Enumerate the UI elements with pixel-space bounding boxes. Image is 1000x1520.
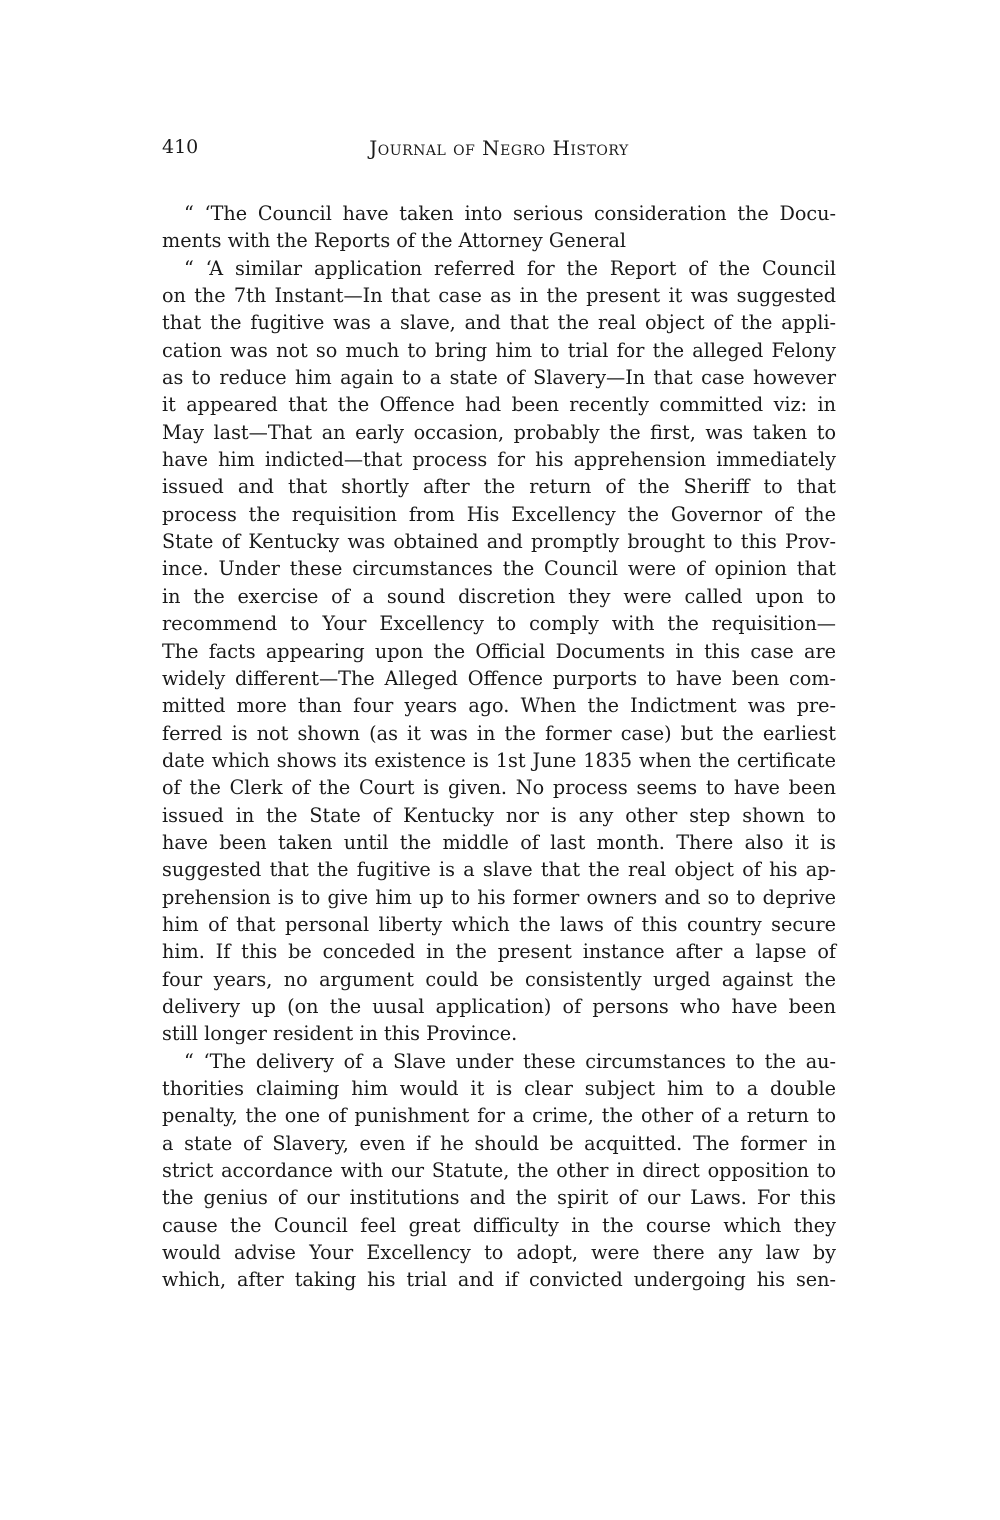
text-line: him of that personal liberty which the l… xyxy=(162,911,836,938)
text-line: which, after taking his trial and if con… xyxy=(162,1266,836,1293)
text-line: “ ‘The Council have taken into serious c… xyxy=(162,200,836,227)
text-line: issued in the State of Kentucky nor is a… xyxy=(162,802,836,829)
text-line: the genius of our institutions and the s… xyxy=(162,1184,836,1211)
text-line: penalty, the one of punishment for a cri… xyxy=(162,1102,836,1129)
journal-title: Journal of Negro History xyxy=(162,136,836,160)
text-line: have him indicted—that process for his a… xyxy=(162,446,836,473)
text-line: cause the Council feel great difficulty … xyxy=(162,1212,836,1239)
text-line: as to reduce him again to a state of Sla… xyxy=(162,364,836,391)
text-line: ince. Under these circumstances the Coun… xyxy=(162,555,836,582)
text-line: suggested that the fugitive is a slave t… xyxy=(162,856,836,883)
text-line: in the exercise of a sound discretion th… xyxy=(162,583,836,610)
document-page: 410 Journal of Negro History “ ‘The Coun… xyxy=(162,132,836,1294)
text-line: “ ‘The delivery of a Slave under these c… xyxy=(162,1048,836,1075)
body-text: “ ‘The Council have taken into serious c… xyxy=(162,200,836,1294)
text-line: it appeared that the Offence had been re… xyxy=(162,391,836,418)
text-line: thorities claiming him would it is clear… xyxy=(162,1075,836,1102)
running-head: 410 Journal of Negro History xyxy=(162,132,836,164)
text-line: that the fugitive was a slave, and that … xyxy=(162,309,836,336)
text-line: May last—That an early occasion, probabl… xyxy=(162,419,836,446)
text-line: widely different—The Alleged Offence pur… xyxy=(162,665,836,692)
text-line: State of Kentucky was obtained and promp… xyxy=(162,528,836,555)
text-line: ments with the Reports of the Attorney G… xyxy=(162,227,836,254)
text-line: delivery up (on the uusal application) o… xyxy=(162,993,836,1020)
text-line: have been taken until the middle of last… xyxy=(162,829,836,856)
text-line: process the requisition from His Excelle… xyxy=(162,501,836,528)
text-line: of the Clerk of the Court is given. No p… xyxy=(162,774,836,801)
text-line: still longer resident in this Province. xyxy=(162,1020,836,1047)
text-line: would advise Your Excellency to adopt, w… xyxy=(162,1239,836,1266)
text-line: cation was not so much to bring him to t… xyxy=(162,337,836,364)
text-line: a state of Slavery, even if he should be… xyxy=(162,1130,836,1157)
text-line: “ ‘A similar application referred for th… xyxy=(162,255,836,282)
text-line: issued and that shortly after the return… xyxy=(162,473,836,500)
text-line: four years, no argument could be consist… xyxy=(162,966,836,993)
text-line: on the 7th Instant—In that case as in th… xyxy=(162,282,836,309)
text-line: mitted more than four years ago. When th… xyxy=(162,692,836,719)
text-line: ferred is not shown (as it was in the fo… xyxy=(162,720,836,747)
text-line: The facts appearing upon the Official Do… xyxy=(162,638,836,665)
text-line: prehension is to give him up to his form… xyxy=(162,884,836,911)
text-line: date which shows its existence is 1st Ju… xyxy=(162,747,836,774)
text-line: recommend to Your Excellency to comply w… xyxy=(162,610,836,637)
text-line: him. If this be conceded in the present … xyxy=(162,938,836,965)
text-line: strict accordance with our Statute, the … xyxy=(162,1157,836,1184)
